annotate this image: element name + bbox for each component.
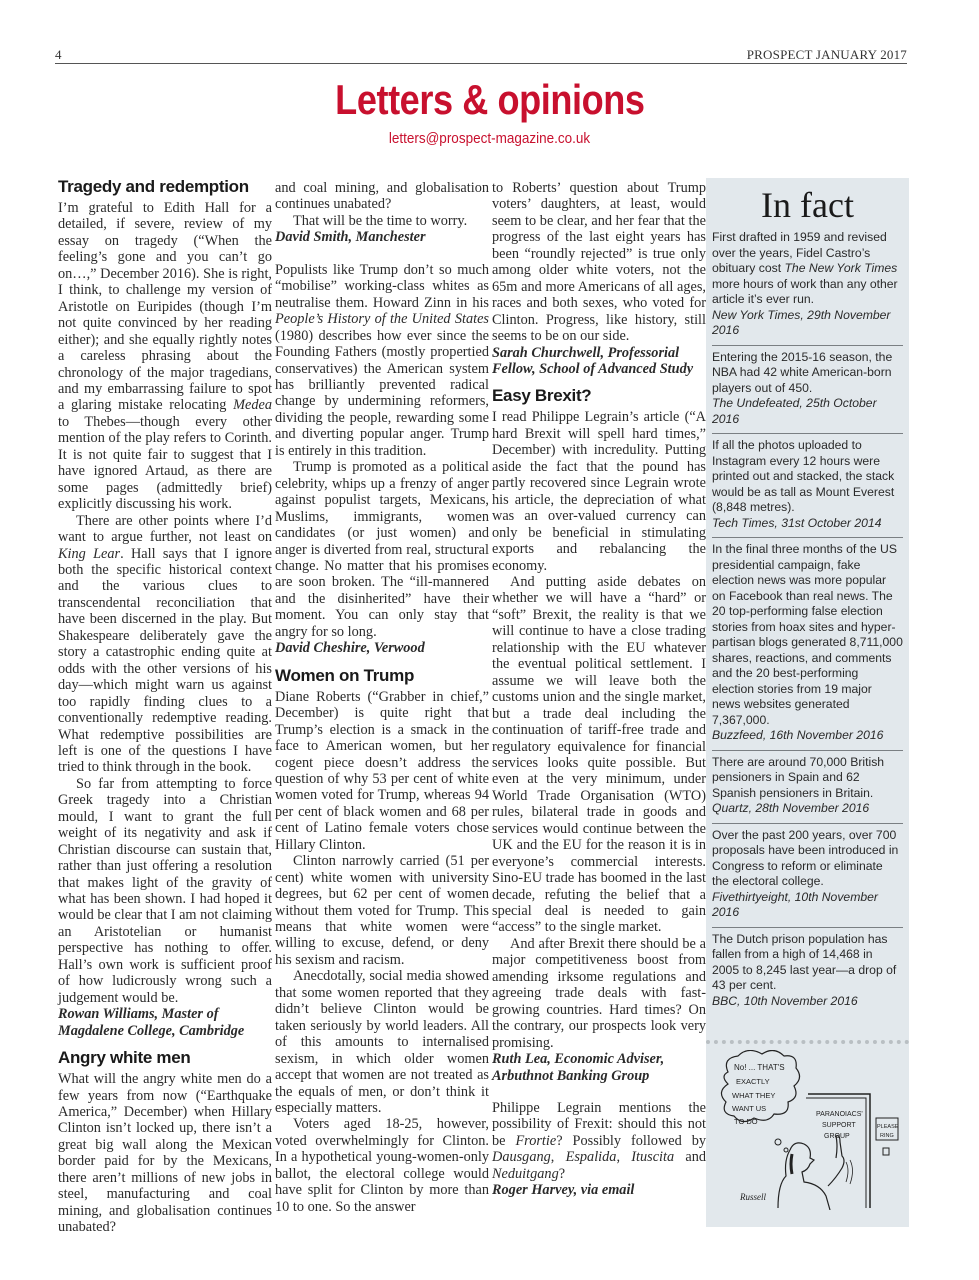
- fact-text: Entering the 2015-16 season, the NBA had…: [712, 350, 892, 395]
- letter-paragraph: Trump is promoted as a political celebri…: [275, 459, 489, 640]
- in-fact-heading: In fact: [706, 184, 909, 226]
- letter-signature: David Cheshire, Verwood: [275, 640, 489, 656]
- letter-heading: Easy Brexit?: [492, 385, 706, 407]
- text-run: I’m grateful to Edith Hall for a detaile…: [58, 200, 272, 512]
- fact-text: Over the past 200 years, over 700 propos…: [712, 828, 898, 889]
- letter-paragraph: And putting aside debates on whether we …: [492, 574, 706, 936]
- letter-signature: Sarah Churchwell, Professorial Fellow, S…: [492, 345, 706, 378]
- fact-source: BBC, 10th November 2016: [712, 994, 903, 1010]
- fact-text: The Dutch prison population has fallen f…: [712, 932, 896, 993]
- letter-paragraph: So far from attempting to force Greek tr…: [58, 776, 272, 1006]
- fact-text: In the final three months of the US pres…: [712, 542, 903, 727]
- section-title: Letters & opinions: [335, 74, 644, 126]
- publication-issue: PROSPECT JANUARY 2017: [747, 47, 907, 63]
- magazine-page: 4 PROSPECT JANUARY 2017 Letters & opinio…: [0, 0, 979, 1280]
- letter-heading: Tragedy and redemption: [58, 176, 272, 198]
- bell-sign-line: PLEASE: [877, 1124, 899, 1130]
- doorbell-icon: [883, 1148, 889, 1155]
- thought-line: No! ... THAT'S: [734, 1063, 785, 1072]
- letter-paragraph: I’m grateful to Edith Hall for a detaile…: [58, 200, 272, 513]
- fact-text-italic: The New York Times: [784, 261, 897, 275]
- dotted-divider: [706, 1040, 909, 1046]
- fact-text: If all the photos uploaded to Instagram …: [712, 438, 894, 514]
- fact-item: If all the photos uploaded to Instagram …: [712, 434, 903, 538]
- fact-item: Entering the 2015-16 season, the NBA had…: [712, 346, 903, 435]
- column-1: Tragedy and redemption I’m grateful to E…: [58, 176, 272, 1236]
- letter-paragraph: There are other points where I’d want to…: [58, 513, 272, 776]
- letter-paragraph-continued: to Roberts’ question about Trump voters’…: [492, 180, 706, 345]
- letter-paragraph: Philippe Legrain mentions the possibilit…: [492, 1100, 706, 1182]
- fact-text: There are around 70,000 British pensione…: [712, 755, 884, 800]
- fact-source: Tech Times, 31st October 2014: [712, 516, 903, 532]
- letter-paragraph: Populists like Trump don’t so much “mobi…: [275, 262, 489, 459]
- section-masthead: Letters & opinions letters@prospect-maga…: [0, 74, 979, 147]
- fact-item: In the final three months of the US pres…: [712, 538, 903, 751]
- fact-source: Fivethirtyeight, 10th November 2016: [712, 890, 903, 921]
- letter-signature: Roger Harvey, via email: [492, 1182, 706, 1198]
- header-rule: [55, 63, 907, 64]
- column-3: to Roberts’ question about Trump voters’…: [492, 180, 706, 1199]
- fact-source: Quartz, 28th November 2016: [712, 801, 903, 817]
- fact-item: The Dutch prison population has fallen f…: [712, 928, 903, 1016]
- bell-sign-line: RING: [880, 1133, 894, 1139]
- thought-line: WHAT THEY: [732, 1091, 775, 1100]
- letter-paragraph: Voters aged 18-25, however, voted overwh…: [275, 1116, 489, 1215]
- page-folio: 4 PROSPECT JANUARY 2017: [55, 45, 907, 65]
- fact-source: Buzzfeed, 16th November 2016: [712, 728, 903, 744]
- letter-heading: Women on Trump: [275, 665, 489, 687]
- letter-paragraph: Anecdotally, social media showed that so…: [275, 968, 489, 1116]
- fact-item: There are around 70,000 British pensione…: [712, 751, 903, 824]
- letter-paragraph: What will the angry white men do a few y…: [58, 1071, 272, 1236]
- letter-paragraph: That will be the time to worry.: [275, 213, 489, 229]
- text-run: There are other points where I’d want to…: [58, 513, 272, 776]
- fact-source: The Undefeated, 25th October 2016: [712, 396, 903, 427]
- column-2: and coal mining, and globalisation conti…: [275, 180, 489, 1215]
- letters-email-link[interactable]: letters@prospect-magazine.co.uk: [49, 130, 930, 147]
- letter-paragraph: And after Brexit there should be a major…: [492, 936, 706, 1051]
- door-sign-line: PARANOIACS': [816, 1111, 863, 1118]
- artist-signature: Russell: [739, 1192, 766, 1202]
- thought-line: EXACTLY: [736, 1077, 770, 1086]
- letter-paragraph: Diane Roberts (“Grabber in chief,” Decem…: [275, 689, 489, 854]
- letter-paragraph-continued: and coal mining, and globalisation conti…: [275, 180, 489, 213]
- letter-paragraph: I read Philippe Legrain’s article (“A ha…: [492, 409, 706, 574]
- paranoiacs-cartoon-illustration: No! ... THAT'S EXACTLY WHAT THEY WANT US…: [720, 1050, 902, 1210]
- thought-line: TO DO: [734, 1117, 758, 1126]
- fact-item: Over the past 200 years, over 700 propos…: [712, 824, 903, 928]
- page-number: 4: [55, 47, 62, 63]
- letter-signature: David Smith, Manchester: [275, 229, 489, 245]
- letter-paragraph: Clinton narrowly carried (51 per cent) w…: [275, 853, 489, 968]
- door-sign-line: SUPPORT: [822, 1122, 856, 1129]
- letter-signature: Ruth Lea, Economic Adviser, Arbuthnot Ba…: [492, 1051, 706, 1084]
- letter-signature: Rowan Williams, Master of Magdalene Coll…: [58, 1006, 272, 1039]
- fact-item: First drafted in 1959 and revised over t…: [712, 226, 903, 346]
- fact-source: New York Times, 29th November 2016: [712, 308, 903, 339]
- fact-text: more hours of work than any other articl…: [712, 277, 898, 307]
- thought-line: WANT US: [732, 1104, 766, 1113]
- letter-heading: Angry white men: [58, 1047, 272, 1069]
